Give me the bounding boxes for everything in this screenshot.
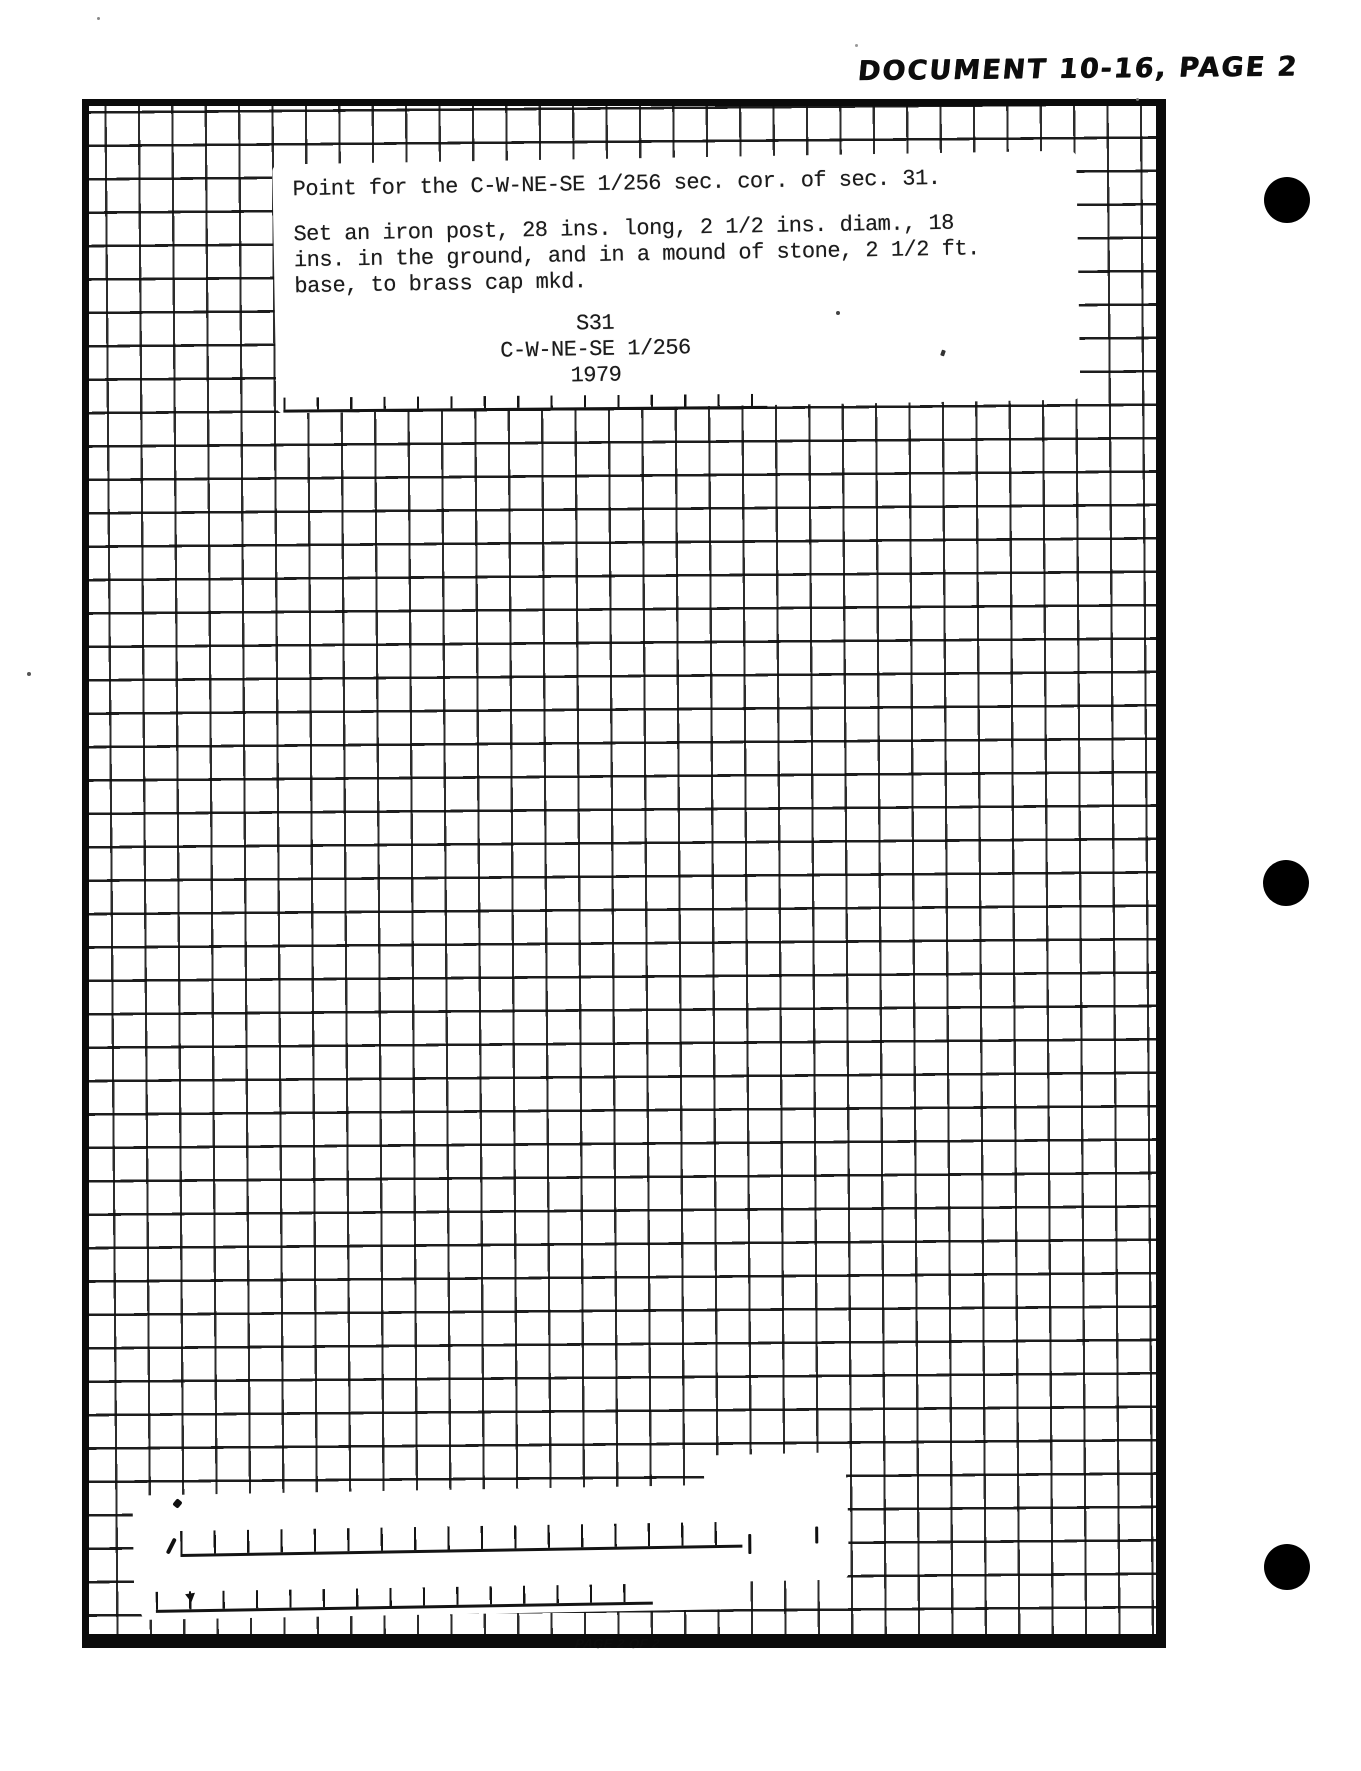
- survey-note-card: Point for the C-W-NE-SE 1/256 sec. cor. …: [276, 155, 1076, 410]
- grid-box: Point for the C-W-NE-SE 1/256 sec. cor. …: [82, 99, 1166, 1648]
- correction-triangle-mark: [185, 1593, 196, 1603]
- punch-hole-top: [1264, 177, 1310, 223]
- punch-hole-bottom: [1264, 1544, 1310, 1590]
- footer-page-label: PAGE 2 OF 2: [574, 1636, 660, 1651]
- scan-speck: [836, 311, 840, 315]
- scan-speck: [855, 44, 858, 47]
- grid-stub-mark: [815, 1526, 818, 1543]
- grid-remnant-ticks-under-note: [283, 394, 767, 413]
- scan-speck: [27, 672, 31, 676]
- punch-hole-middle: [1263, 860, 1309, 906]
- grid-stub-mark: [748, 1534, 751, 1554]
- handwritten-header: DOCUMENT 10-16, PAGE 2: [856, 52, 1219, 87]
- monument-marking: S31 C-W-NE-SE 1/256 1979: [295, 306, 896, 394]
- scan-speck: [1136, 98, 1139, 101]
- scanned-sheet: DOCUMENT 10-16, PAGE 2 Point for the C-W…: [0, 0, 1361, 1771]
- scan-speck: [97, 17, 100, 20]
- graph-paper-grid: Point for the C-W-NE-SE 1/256 sec. cor. …: [82, 99, 1166, 1648]
- survey-note-text: Point for the C-W-NE-SE 1/256 sec. cor. …: [292, 164, 1068, 394]
